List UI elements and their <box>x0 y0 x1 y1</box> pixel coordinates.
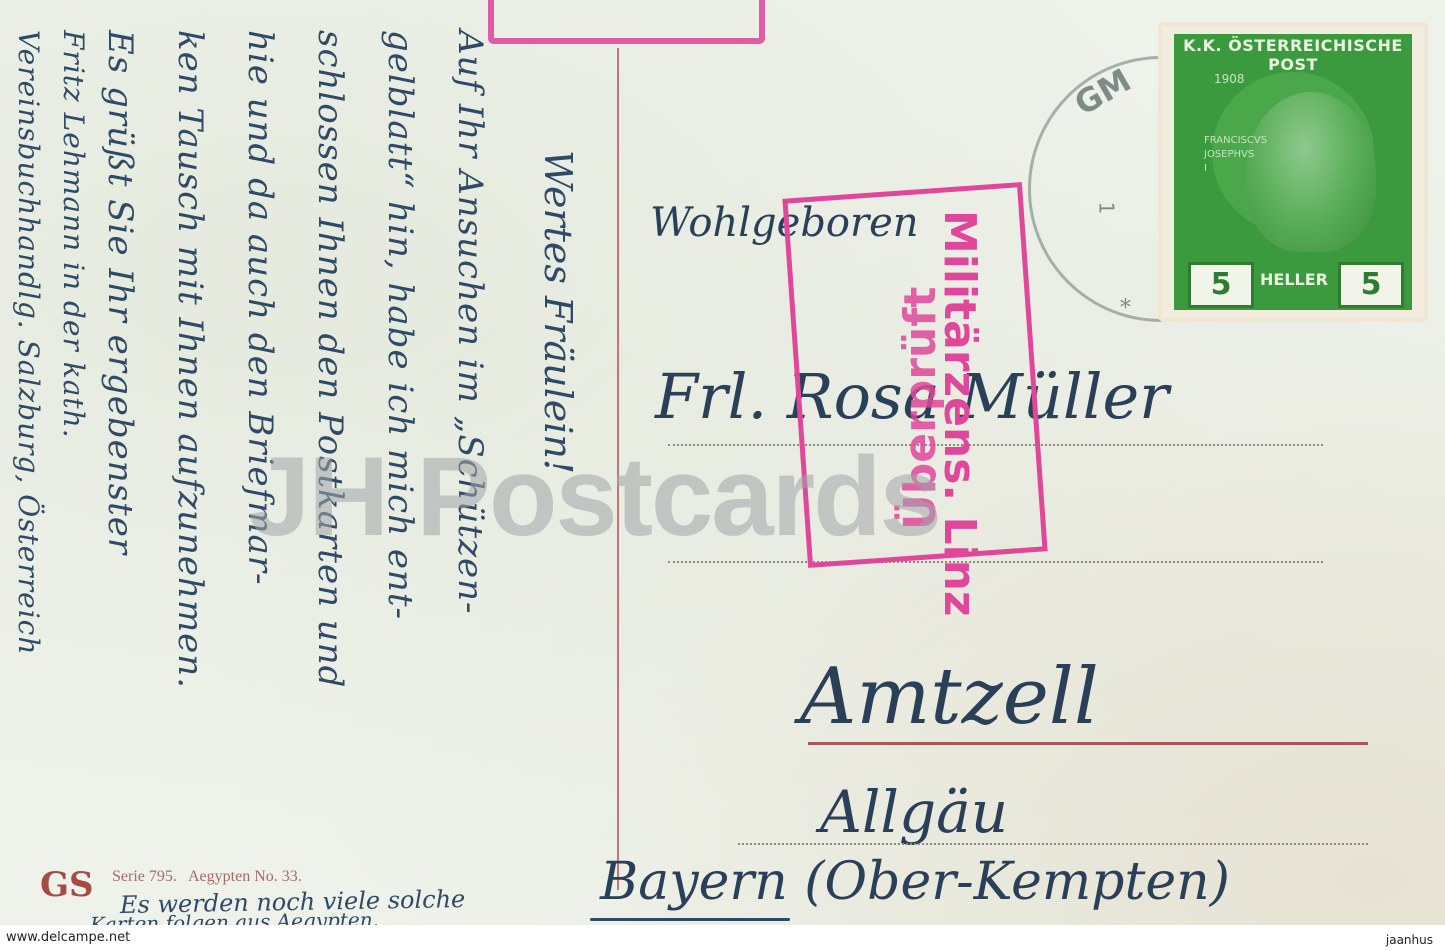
stamp-value-left: 5 <box>1188 262 1254 308</box>
address-city-rule <box>808 742 1368 745</box>
postcard-back: Wertes Fräulein! Auf Ihr Ansuchen im „Sc… <box>0 0 1445 925</box>
stamp-design: K.K. ÖSTERREICHISCHE POST 1908 FRANCISCV… <box>1174 34 1412 310</box>
address-region: Allgäu <box>820 778 1008 846</box>
watermark-jaanhus: jaanhus <box>1386 933 1433 947</box>
stamp-portrait-icon <box>1246 92 1376 252</box>
censor-text-line2: Militärzens. Linz <box>934 210 985 617</box>
stamp-caption: FRANCISCVS JOSEPHVS I <box>1204 134 1254 176</box>
stamp-value-right: 5 <box>1338 262 1404 308</box>
stamp-year: 1908 <box>1214 72 1245 86</box>
series-title: Aegypten No. 33. <box>188 868 302 885</box>
address-city: Amtzell <box>800 652 1099 742</box>
postage-stamp: K.K. ÖSTERREICHISCHE POST 1908 FRANCISCV… <box>1158 22 1428 322</box>
stamp-denomination: HELLER <box>1254 270 1334 289</box>
stamp-arc-text: K.K. ÖSTERREICHISCHE POST <box>1174 36 1412 74</box>
watermark-delcampe: www.delcampe.net <box>6 930 130 945</box>
country-underline <box>590 918 790 921</box>
address-dotted-line <box>738 843 1368 845</box>
series-number: Serie 795. <box>112 868 177 885</box>
handwritten-message: Wertes Fräulein! Auf Ihr Ansuchen im „Sc… <box>0 0 600 860</box>
publisher-series: Serie 795. Aegypten No. 33. <box>112 868 302 886</box>
watermark-jh-postcards: JH Postcards <box>248 432 940 561</box>
address-dotted-line <box>668 561 1323 563</box>
postmark-date: 1 <box>1094 202 1118 215</box>
publisher-logo-icon: GS <box>40 866 72 904</box>
postmark-star-icon: * <box>1120 296 1131 321</box>
message-line: ken Tausch mit Ihnen aufzunehmen. <box>170 30 210 689</box>
message-greeting: Wertes Fräulein! <box>536 150 580 474</box>
top-pink-stamp-mark <box>488 0 765 44</box>
message-line: Fritz Lehmann in der kath. <box>57 30 90 439</box>
message-line: Es grüßt Sie Ihr ergebenster <box>100 30 140 555</box>
message-line: Vereinsbuchhandlg. Salzburg, Österreich <box>12 30 45 655</box>
message-line: schlossen Ihnen den Postkarten und <box>310 30 350 688</box>
address-country: Bayern (Ober-Kempten) <box>600 852 1230 912</box>
